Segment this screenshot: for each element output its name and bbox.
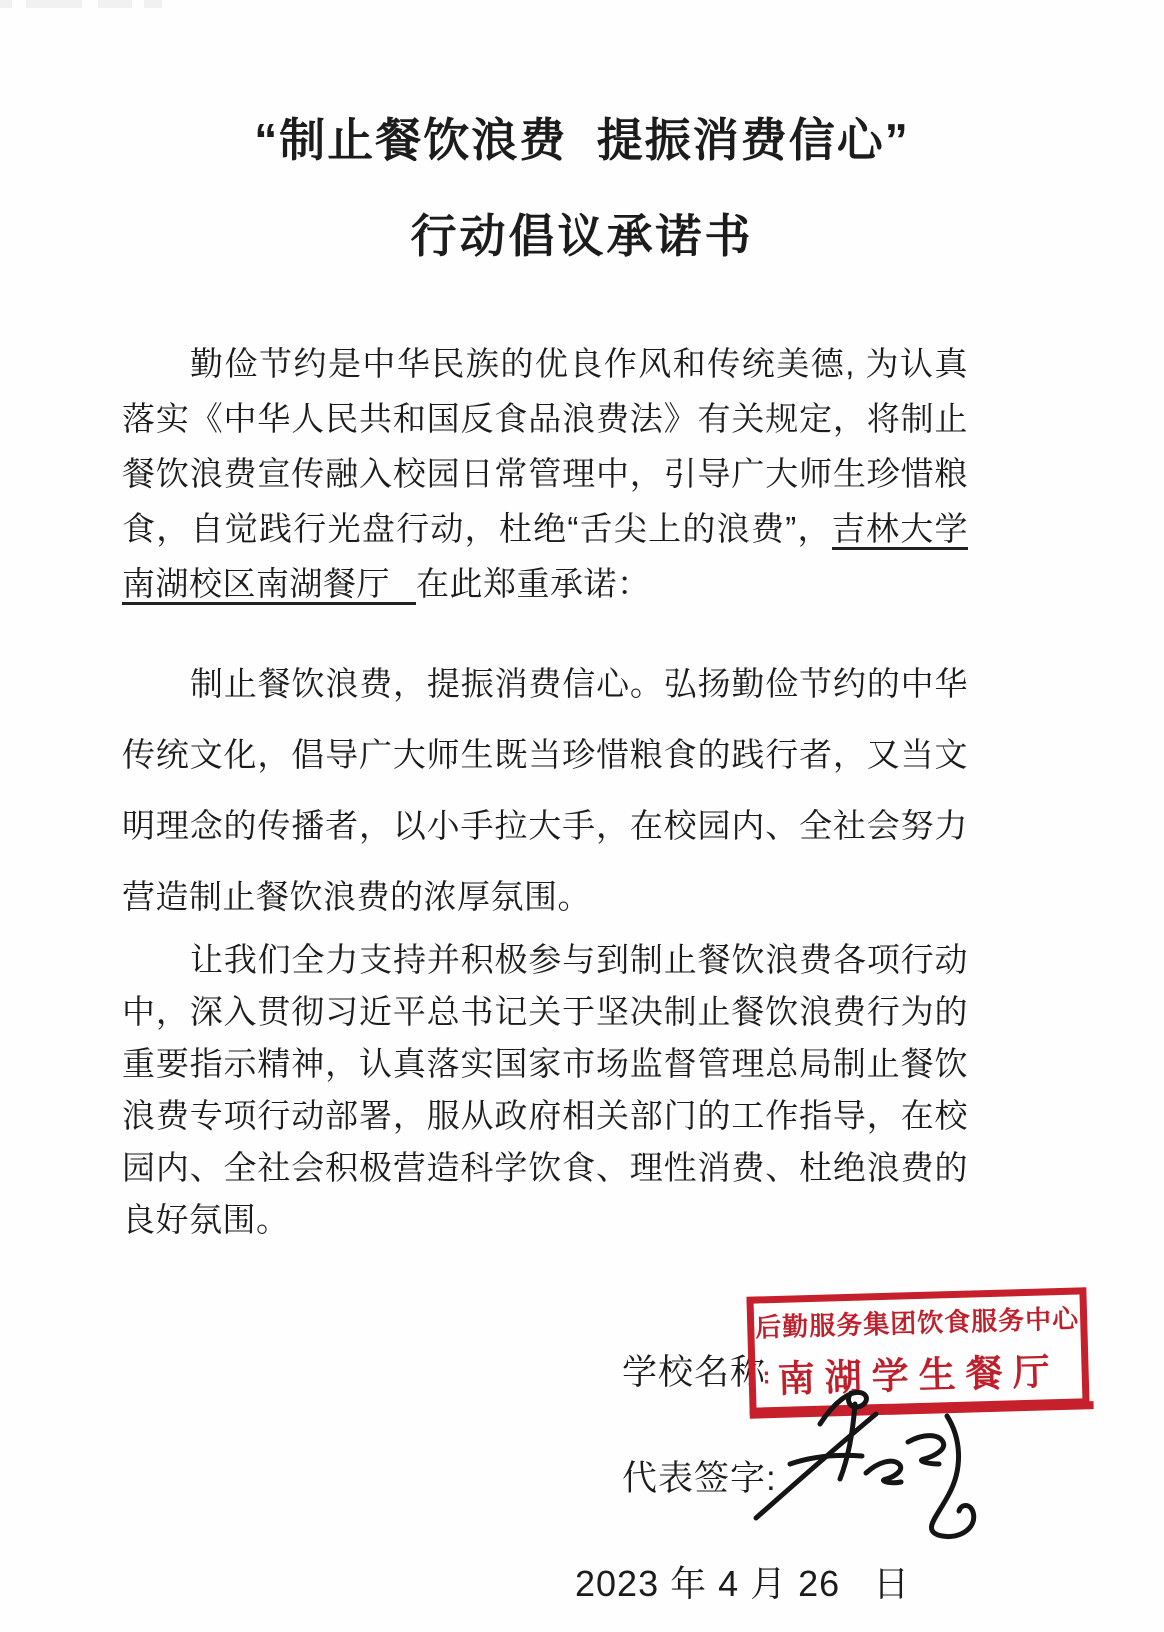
scan-artifact [26, 0, 82, 8]
document-title-line2: 行动倡议承诺书 [0, 200, 1164, 266]
scan-artifact [98, 0, 132, 8]
handwritten-signature [728, 1376, 990, 1548]
paragraph-intro-tail: 在此郑重承诺： [416, 565, 651, 602]
document-page: “制止餐饮浪费 提振消费信心” 行动倡议承诺书 勤俭节约是中华民族的优良作风和传… [0, 0, 1164, 1632]
stamp-organization-text: 后勤服务集团饮食服务中心 [755, 1299, 1080, 1345]
scan-artifact [144, 0, 162, 8]
paragraph-intro: 勤俭节约是中华民族的优良作风和传统美德, 为认真落实《中华人民共和国反食品浪费法… [122, 336, 968, 611]
paragraph-commitment: 制止餐饮浪费，提振消费信心。弘扬勤俭节约的中华传统文化，倡导广大师生既当珍惜粮食… [122, 648, 968, 932]
date-line: 2023 年 4 月 26 日 [575, 1556, 910, 1607]
scan-artifact [0, 0, 12, 8]
document-title-line1: “制止餐饮浪费 提振消费信心” [0, 104, 1164, 170]
paragraph-action: 让我们全力支持并积极参与到制止餐饮浪费各项行动中，深入贯彻习近平总书记关于坚决制… [122, 934, 968, 1246]
